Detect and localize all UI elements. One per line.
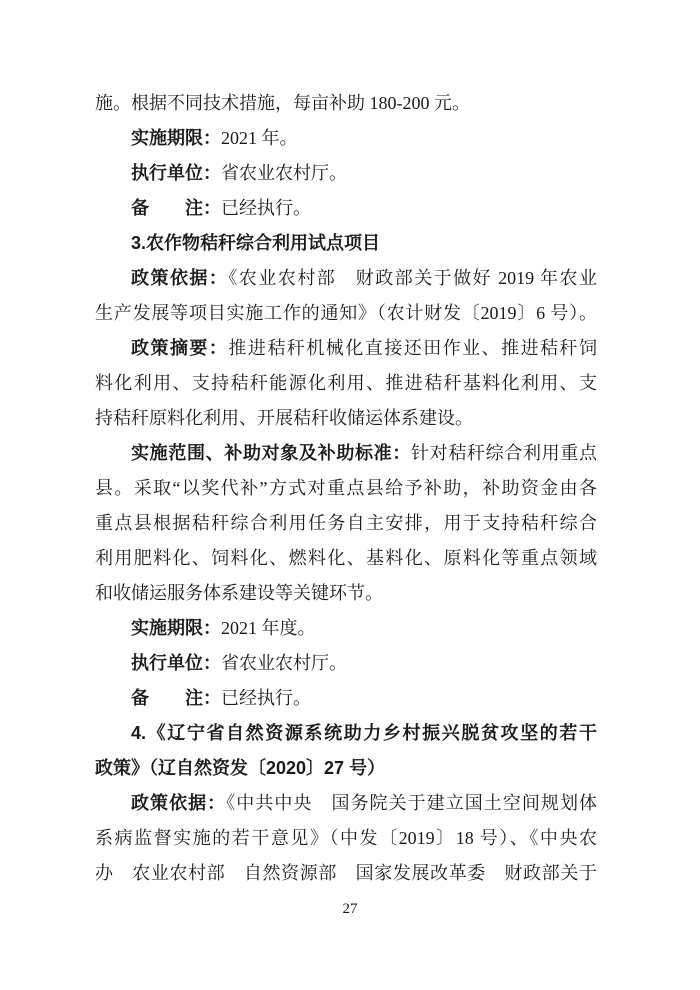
text-line: 和收储运服务体系建设等关键环节。 bbox=[95, 576, 597, 611]
text-line: 备 注：已经执行。 bbox=[95, 681, 597, 716]
text-segment: 县。采取“以奖代补”方式对重点县给予补助，补助资金由各 bbox=[95, 478, 597, 498]
text-segment-bold: 政策依据： bbox=[131, 793, 226, 813]
text-line: 办 农业农村部 自然资源部 国家发展改革委 财政部关于 bbox=[95, 856, 597, 891]
text-line: 执行单位：省农业农村厅。 bbox=[95, 646, 597, 681]
text-line: 实施期限：2021 年度。 bbox=[95, 611, 597, 646]
text-segment-bold: 4.《辽宁省自然资源系统助力乡村振兴脱贫攻坚的若干 bbox=[131, 723, 597, 743]
text-line: 执行单位：省农业农村厅。 bbox=[95, 156, 597, 191]
text-segment: 持秸秆原料化利用、开展秸秆收储运体系建设。 bbox=[95, 408, 473, 428]
text-segment: 《中共中央 国务院关于建立国土空间规划体 bbox=[226, 793, 597, 813]
text-segment: 省农业农村厅。 bbox=[221, 163, 347, 183]
text-line: 备 注：已经执行。 bbox=[95, 191, 597, 226]
text-line: 实施期限：2021 年。 bbox=[95, 121, 597, 156]
text-line: 政策摘要：推进秸秆机械化直接还田作业、推进秸秆饲 bbox=[95, 331, 597, 366]
text-segment: 已经执行。 bbox=[221, 198, 311, 218]
text-segment: 针对秸秆综合利用重点 bbox=[411, 443, 597, 463]
text-segment-bold: 政策摘要： bbox=[131, 338, 228, 358]
text-segment: 推进秸秆机械化直接还田作业、推进秸秆饲 bbox=[228, 338, 597, 358]
text-segment: 已经执行。 bbox=[221, 688, 311, 708]
text-line: 实施范围、补助对象及补助标准：针对秸秆综合利用重点 bbox=[95, 436, 597, 471]
text-segment: 施。根据不同技术措施，每亩补助 180-200 元。 bbox=[95, 93, 470, 113]
text-segment-bold: 3.农作物秸秆综合利用试点项目 bbox=[131, 233, 380, 253]
text-segment: 和收储运服务体系建设等关键环节。 bbox=[95, 583, 383, 603]
text-line: 3.农作物秸秆综合利用试点项目 bbox=[95, 226, 597, 261]
text-segment-bold: 实施范围、补助对象及补助标准： bbox=[131, 443, 411, 463]
text-segment: 2021 年度。 bbox=[221, 618, 316, 638]
text-segment: 省农业农村厅。 bbox=[221, 653, 347, 673]
document-body: 施。根据不同技术措施，每亩补助 180-200 元。实施期限：2021 年。执行… bbox=[95, 86, 597, 891]
text-line: 政策》（辽自然资发〔2020〕27 号） bbox=[95, 751, 597, 786]
text-segment: 料化利用、支持秸秆能源化利用、推进秸秆基料化利用、支 bbox=[95, 373, 597, 393]
text-segment-bold: 实施期限： bbox=[131, 128, 221, 148]
text-line: 4.《辽宁省自然资源系统助力乡村振兴脱贫攻坚的若干 bbox=[95, 716, 597, 751]
text-line: 施。根据不同技术措施，每亩补助 180-200 元。 bbox=[95, 86, 597, 121]
text-line: 料化利用、支持秸秆能源化利用、推进秸秆基料化利用、支 bbox=[95, 366, 597, 401]
text-line: 利用肥料化、饲料化、燃料化、基料化、原料化等重点领域 bbox=[95, 541, 597, 576]
text-segment: 利用肥料化、饲料化、燃料化、基料化、原料化等重点领域 bbox=[95, 548, 597, 568]
text-segment-bold: 政策依据： bbox=[131, 268, 228, 288]
text-line: 政策依据：《农业农村部 财政部关于做好 2019 年农业 bbox=[95, 261, 597, 296]
text-segment-bold: 执行单位： bbox=[131, 163, 221, 183]
document-page: 施。根据不同技术措施，每亩补助 180-200 元。实施期限：2021 年。执行… bbox=[0, 0, 700, 990]
text-segment: 《农业农村部 财政部关于做好 2019 年农业 bbox=[228, 268, 597, 288]
text-line: 县。采取“以奖代补”方式对重点县给予补助，补助资金由各 bbox=[95, 471, 597, 506]
text-line: 重点县根据秸秆综合利用任务自主安排，用于支持秸秆综合 bbox=[95, 506, 597, 541]
text-segment: 系病监督实施的若干意见》（中发〔2019〕18 号）、《中央农 bbox=[95, 828, 597, 848]
text-segment: 生产发展等项目实施工作的通知》（农计财发〔2019〕6 号）。 bbox=[95, 303, 597, 323]
text-segment-bold: 备 注： bbox=[131, 198, 221, 218]
text-segment: 办 农业农村部 自然资源部 国家发展改革委 财政部关于 bbox=[95, 863, 597, 883]
text-segment-bold: 政策》（辽自然资发〔2020〕27 号） bbox=[95, 758, 385, 778]
text-segment: 重点县根据秸秆综合利用任务自主安排，用于支持秸秆综合 bbox=[95, 513, 597, 533]
text-line: 持秸秆原料化利用、开展秸秆收储运体系建设。 bbox=[95, 401, 597, 436]
text-segment: 2021 年。 bbox=[221, 128, 298, 148]
text-line: 系病监督实施的若干意见》（中发〔2019〕18 号）、《中央农 bbox=[95, 821, 597, 856]
text-line: 生产发展等项目实施工作的通知》（农计财发〔2019〕6 号）。 bbox=[95, 296, 597, 331]
text-segment-bold: 执行单位： bbox=[131, 653, 221, 673]
page-number: 27 bbox=[0, 899, 700, 919]
text-segment-bold: 备 注： bbox=[131, 688, 221, 708]
text-line: 政策依据：《中共中央 国务院关于建立国土空间规划体 bbox=[95, 786, 597, 821]
text-segment-bold: 实施期限： bbox=[131, 618, 221, 638]
